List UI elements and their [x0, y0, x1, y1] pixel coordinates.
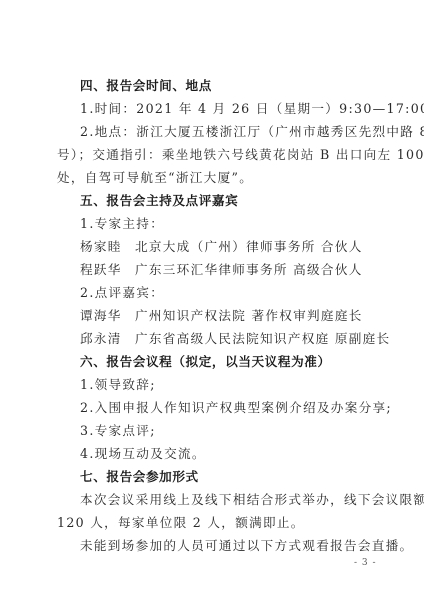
reviewer-entry: 邱永清广东省高级人民法院知识产权庭 原副庭长 — [80, 331, 368, 347]
meeting-location-line-2: 号）；交通指引：乘坐地铁六号线黄花岗站 B 出口向左 100 米 — [57, 147, 368, 163]
page-number: - 3 - — [354, 558, 377, 568]
section-7-heading: 七、报告会参加形式 — [80, 469, 368, 485]
agenda-item: 3.专家点评; — [80, 423, 368, 439]
reviewer-name: 谭海华 — [80, 308, 135, 324]
section-5-heading: 五、报告会主持及点评嘉宾 — [80, 193, 368, 209]
agenda-item: 1.领导致辞; — [80, 377, 368, 393]
meeting-location-line-3: 处，自驾可导航至“浙江大厦”。 — [57, 170, 368, 186]
host-org: 广东三环汇华律师事务所 高级合伙人 — [135, 262, 363, 277]
host-entry: 杨家睦北京大成（广州）律师事务所 合伙人 — [80, 239, 368, 255]
host-org: 北京大成（广州）律师事务所 合伙人 — [135, 239, 363, 254]
host-name: 程跃华 — [80, 262, 135, 278]
reviewer-org: 广州知识产权法院 著作权审判庭庭长 — [135, 308, 363, 323]
section-6-heading: 六、报告会议程（拟定，以当天议程为准） — [80, 354, 368, 370]
hosts-label: 1.专家主持： — [80, 216, 368, 232]
reviewer-name: 邱永清 — [80, 331, 135, 347]
meeting-location-line-1: 2.地点：浙江大厦五楼浙江厅（广州市越秀区先烈中路 85 — [80, 124, 368, 140]
participation-para-1-line-1: 本次会议采用线上及线下相结合形式举办，线下会议限额 — [80, 492, 368, 508]
host-entry: 程跃华广东三环汇华律师事务所 高级合伙人 — [80, 262, 368, 278]
reviewer-org: 广东省高级人民法院知识产权庭 原副庭长 — [135, 331, 390, 346]
host-name: 杨家睦 — [80, 239, 135, 255]
agenda-item: 4.现场互动及交流。 — [80, 446, 368, 462]
reviewer-entry: 谭海华广州知识产权法院 著作权审判庭庭长 — [80, 308, 368, 324]
document-page: 四、报告会时间、地点 1.时间：2021 年 4 月 26 日（星期一）9:30… — [0, 0, 424, 600]
reviewers-label: 2.点评嘉宾： — [80, 285, 368, 301]
participation-para-1-line-2: 120 人，每家单位限 2 人，额满即止。 — [57, 515, 368, 531]
participation-para-2: 未能到场参加的人员可通过以下方式观看报告会直播。 — [80, 538, 368, 554]
section-4-heading: 四、报告会时间、地点 — [80, 78, 368, 94]
meeting-time: 1.时间：2021 年 4 月 26 日（星期一）9:30—17:00; — [80, 101, 368, 117]
agenda-item: 2.入围申报人作知识产权典型案例介绍及办案分享; — [80, 400, 368, 416]
